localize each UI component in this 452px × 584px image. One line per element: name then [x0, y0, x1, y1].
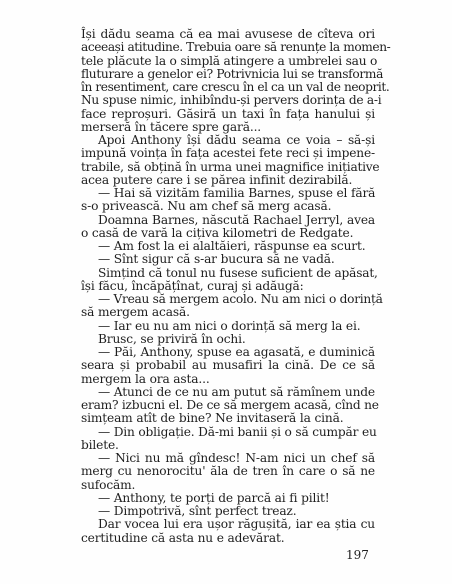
text-line: — Dimpotrivă, sînt perfect treaz.	[81, 505, 375, 518]
text-line: mergem la ora asta...	[81, 373, 375, 386]
text-line: aceeași atitudine. Trebuia oare să renun…	[81, 41, 375, 54]
page-number: 197	[346, 548, 369, 562]
text-line: — Din obligație. Dă-mi banii și o să cum…	[81, 426, 375, 439]
text-line: — Păi, Anthony, spuse ea agasată, e dumi…	[81, 346, 375, 359]
page-body-text: Își dădu seama că ea mai avusese de cîte…	[81, 28, 375, 545]
text-line: își făcu, încăpățînat, curaj și adăugă:	[81, 280, 375, 293]
text-line: — Nici nu mă gîndesc! N-am nici un chef …	[81, 452, 375, 465]
text-line: Apoi Anthony își dădu seama ce voia – să…	[81, 134, 375, 147]
text-line: — Atunci de ce nu am putut să rămînem un…	[81, 386, 375, 399]
text-line: tele plăcute la o simplă atingere a umbr…	[81, 55, 375, 68]
text-line: Dar vocea lui era ușor răgușită, iar ea …	[81, 518, 375, 531]
text-line: certitudine că asta nu e adevărat.	[81, 532, 375, 545]
text-line: sufocăm.	[81, 479, 375, 492]
text-line: bilete.	[81, 439, 375, 452]
text-line: — Am fost la ei alaltăieri, răspunse ea …	[81, 240, 375, 253]
text-line: face reproșuri. Găsiră un taxi în fața h…	[81, 108, 375, 121]
text-line: — Anthony, te porți de parcă ai fi pilit…	[81, 492, 375, 505]
text-line: impună voința în fața acestei fete reci …	[81, 147, 375, 160]
text-line: — Vreau să mergem acolo. Nu am nici o do…	[81, 293, 375, 306]
text-line: eram? izbucni el. De ce să mergem acasă,…	[81, 399, 375, 412]
text-line: în resentiment, care crescu în el ca un …	[81, 81, 375, 94]
text-line: trabile, să obțină în urma unei magnific…	[81, 161, 375, 174]
text-line: Simțind că tonul nu fusese suficient de …	[81, 267, 375, 280]
text-line: Își dădu seama că ea mai avusese de cîte…	[81, 28, 375, 41]
text-line: acea putere care i se părea infinit dezi…	[81, 174, 375, 187]
text-line: să mergem acasă.	[81, 306, 375, 319]
text-line: — Hai să vizităm familia Barnes, spuse e…	[81, 187, 375, 200]
text-line: simțeam atît de bine? Ne invitaseră la c…	[81, 412, 375, 425]
text-line: merg cu nenorocitu' ăla de tren în care …	[81, 465, 375, 478]
text-line: Doamna Barnes, născută Rachael Jerryl, a…	[81, 214, 375, 227]
text-line: Nu spuse nimic, inhibîndu-și pervers dor…	[81, 94, 375, 107]
text-line: fluturare a genelor ei? Potrivnicia lui …	[81, 68, 375, 81]
text-line: o casă de vară la cițiva kilometri de Re…	[81, 227, 375, 240]
text-line: — Sînt sigur că s-ar bucura să ne vadă.	[81, 253, 375, 266]
text-line: seara și probabil au musafiri la cină. D…	[81, 359, 375, 372]
text-line: merseră în tăcere spre gară...	[81, 121, 375, 134]
text-line: Brusc, se priviră în ochi.	[81, 333, 375, 346]
text-line: s-o privească. Nu am chef să merg acasă.	[81, 200, 375, 213]
book-page: Își dădu seama că ea mai avusese de cîte…	[0, 0, 452, 584]
text-line: — Iar eu nu am nici o dorință să merg la…	[81, 320, 375, 333]
